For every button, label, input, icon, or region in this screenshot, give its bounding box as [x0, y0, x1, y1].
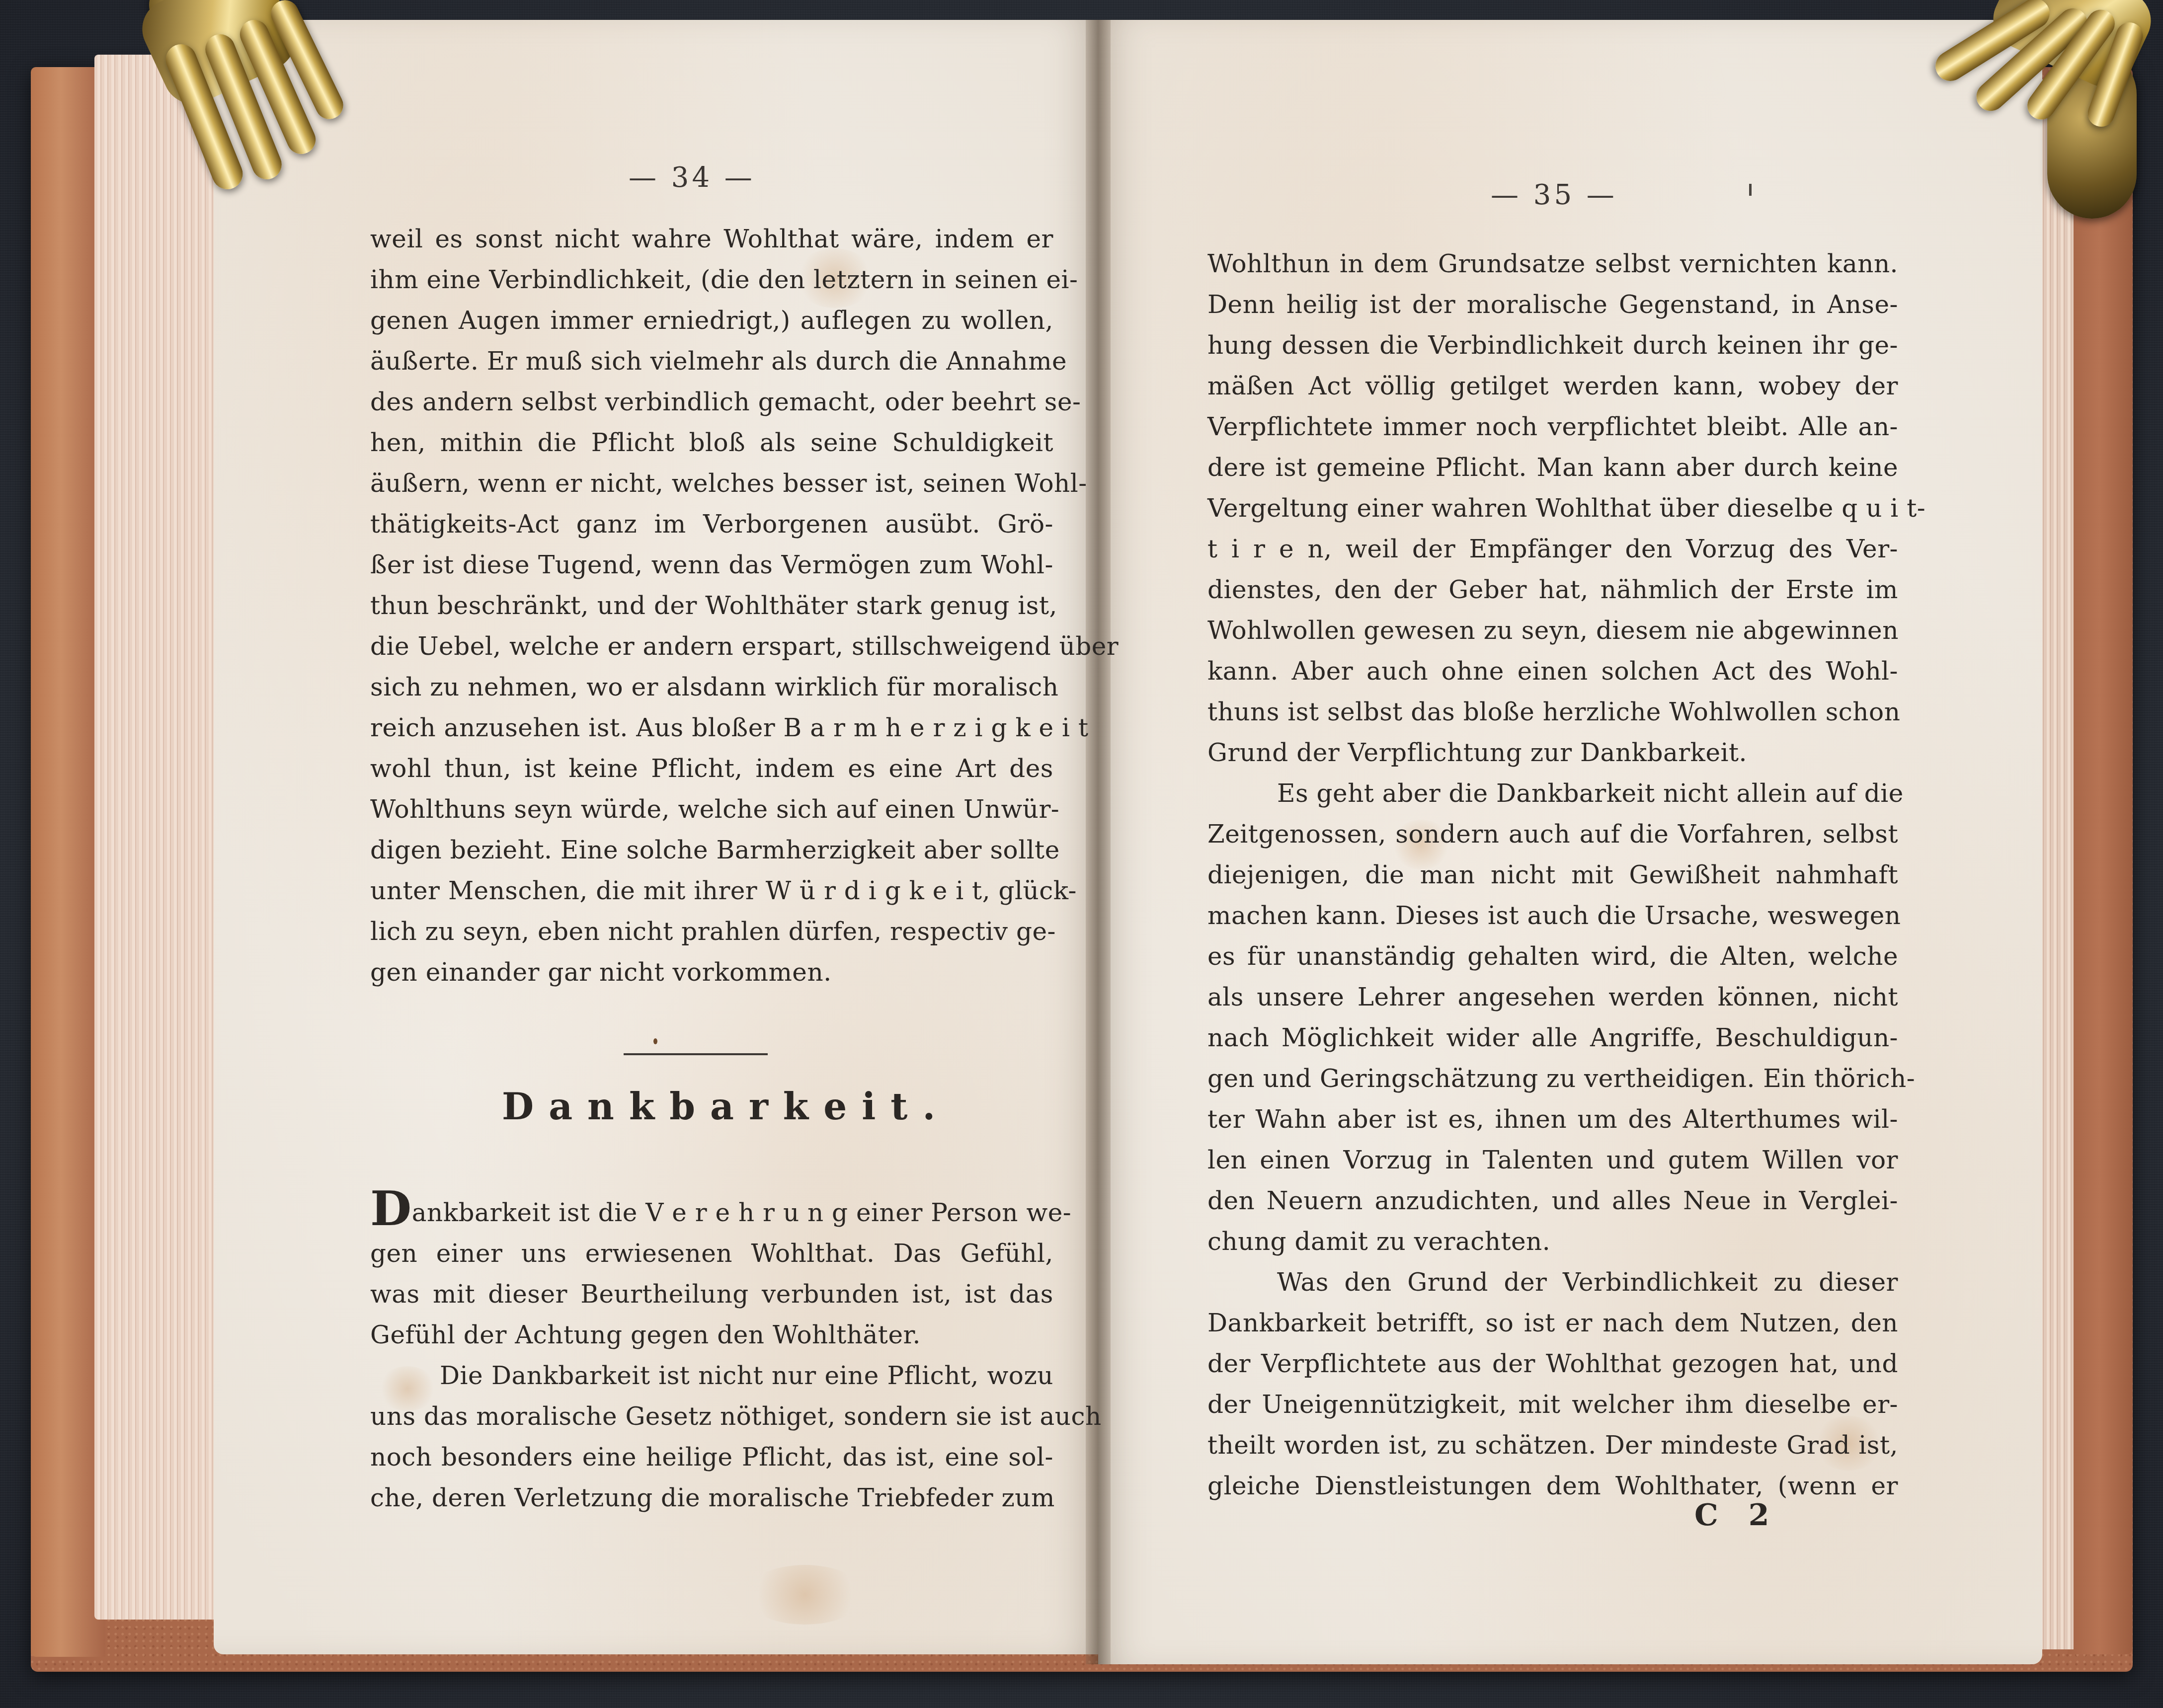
text-line: reich anzusehen ist. Aus bloßer B a r m …	[370, 707, 1053, 748]
text-line: Was den Grund der Verbindlichkeit zu die…	[1207, 1262, 1898, 1303]
text-line: es für unanständig gehalten wird, die Al…	[1207, 936, 1898, 977]
text-line: Wohlthun in dem Grundsatze selbst vernic…	[1207, 243, 1898, 284]
text-line: Grund der Verpflichtung zur Dankbarkeit.	[1207, 732, 1898, 773]
text-line: Verpflichtete immer noch verpflichtet bl…	[1207, 406, 1898, 447]
text-line: ihm eine Verbindlichkeit, (die den letzt…	[370, 259, 1053, 300]
text-line: gen einander gar nicht vorkommen.	[370, 952, 1053, 993]
text-line: noch besonders eine heilige Pflicht, das…	[370, 1437, 1053, 1477]
text-line: Gefühl der Achtung gegen den Wohlthäter.	[370, 1315, 1053, 1355]
text-line: hung dessen die Verbindlichkeit durch ke…	[1207, 325, 1898, 366]
text-line: thätigkeits-Act ganz im Verborgenen ausü…	[370, 504, 1053, 544]
printer-mark	[1749, 184, 1752, 196]
page-number-right: — 35 —	[1491, 179, 1617, 211]
text-line: thuns ist selbst das bloße herzliche Woh…	[1207, 692, 1898, 732]
text-line: hen, mithin die Pflicht bloß als seine S…	[370, 422, 1053, 463]
text-line: nach Möglichkeit wider alle Angriffe, Be…	[1207, 1017, 1898, 1058]
text-line: des andern selbst verbindlich gemacht, o…	[370, 382, 1053, 422]
text-line: ter Wahn aber ist es, ihnen um des Alter…	[1207, 1099, 1898, 1140]
text-line: die Uebel, welche er andern erspart, sti…	[370, 626, 1053, 667]
text-line: diejenigen, die man nicht mit Gewißheit …	[1207, 854, 1898, 895]
text-line: der Uneigennützigkeit, mit welcher ihm d…	[1207, 1384, 1898, 1425]
text-line: Dankbarkeit ist die V e r e h r u n g ei…	[370, 1192, 1053, 1233]
cover-right-edge	[2068, 189, 2132, 1654]
text-line: was mit dieser Beurtheilung verbunden is…	[370, 1274, 1053, 1315]
text-line: t i r e n, weil der Empfänger den Vorzug…	[1207, 529, 1898, 569]
text-line: als unsere Lehrer angesehen werden könne…	[1207, 977, 1898, 1017]
divider-ornament	[653, 1038, 657, 1044]
text-line-rest: ankbarkeit ist die V e r e h r u n g ein…	[412, 1198, 1071, 1227]
text-line: unter Menschen, die mit ihrer W ü r d i …	[370, 870, 1053, 911]
text-line: thun beschränkt, und der Wohlthäter star…	[370, 585, 1053, 626]
text-line: digen bezieht. Eine solche Barmherzigkei…	[370, 830, 1053, 870]
section-divider-rule	[624, 1053, 768, 1055]
text-line: äußern, wenn er nicht, welches besser is…	[370, 463, 1053, 504]
text-line: dere ist gemeine Pflicht. Man kann aber …	[1207, 447, 1898, 488]
text-line: Wohlwollen gewesen zu seyn, diesem nie a…	[1207, 610, 1898, 651]
text-line: Denn heilig ist der moralische Gegenstan…	[1207, 284, 1898, 325]
text-line: machen kann. Dieses ist auch die Ursache…	[1207, 895, 1898, 936]
text-line: Zeitgenossen, sondern auch auf die Vorfa…	[1207, 814, 1898, 854]
foxing-stain	[745, 1565, 865, 1625]
right-text-column: Wohlthun in dem Grundsatze selbst vernic…	[1207, 243, 1898, 1506]
text-line: theilt worden ist, zu schätzen. Der mind…	[1207, 1425, 1898, 1466]
page-block-left	[94, 55, 224, 1620]
section-heading: Dankbarkeit.	[502, 1086, 899, 1128]
text-line: den Neuern anzudichten, und alles Neue i…	[1207, 1180, 1898, 1221]
text-line: lich zu seyn, eben nicht prahlen dürfen,…	[370, 911, 1053, 952]
text-line: der Verpflichtete aus der Wohlthat gezog…	[1207, 1343, 1898, 1384]
text-line: sich zu nehmen, wo er alsdann wirklich f…	[370, 667, 1053, 707]
text-line: ßer ist diese Tugend, wenn das Vermögen …	[370, 544, 1053, 585]
text-line: dienstes, den der Geber hat, nähmlich de…	[1207, 569, 1898, 610]
text-line: gen und Geringschätzung zu vertheidigen.…	[1207, 1058, 1898, 1099]
text-line: Vergeltung einer wahren Wohlthat über di…	[1207, 488, 1898, 529]
text-line: gen einer uns erwiesenen Wohlthat. Das G…	[370, 1233, 1053, 1274]
signature-mark: C 2	[1694, 1498, 1779, 1533]
text-line: gleiche Dienstleistungen dem Wohlthater,…	[1207, 1466, 1898, 1506]
text-line: len einen Vorzug in Talenten und gutem W…	[1207, 1140, 1898, 1180]
left-paragraph-2: Dankbarkeit ist die V e r e h r u n g ei…	[370, 1192, 1053, 1518]
text-line: che, deren Verletzung die moralische Tri…	[370, 1477, 1053, 1518]
text-line: Die Dankbarkeit ist nicht nur eine Pflic…	[370, 1355, 1053, 1396]
text-line: äußerte. Er muß sich vielmehr als durch …	[370, 341, 1053, 382]
text-line: genen Augen immer erniedrigt,) auflegen …	[370, 300, 1053, 341]
text-line: wohl thun, ist keine Pflicht, indem es e…	[370, 748, 1053, 789]
left-paragraph-1: weil es sonst nicht wahre Wohlthat wäre,…	[370, 219, 1053, 993]
text-line: weil es sonst nicht wahre Wohlthat wäre,…	[370, 219, 1053, 259]
text-line: chung damit zu verachten.	[1207, 1221, 1898, 1262]
text-line: mäßen Act völlig getilget werden kann, w…	[1207, 366, 1898, 406]
drop-cap: D	[370, 1180, 412, 1237]
text-line: Wohlthuns seyn würde, welche sich auf ei…	[370, 789, 1053, 830]
text-line: Es geht aber die Dankbarkeit nicht allei…	[1207, 773, 1898, 814]
text-line: uns das moralische Gesetz nöthiget, sond…	[370, 1396, 1053, 1437]
page-number-left: — 34 —	[629, 161, 755, 194]
text-line: Dankbarkeit betrifft, so ist er nach dem…	[1207, 1303, 1898, 1343]
text-line: kann. Aber auch ohne einen solchen Act d…	[1207, 651, 1898, 692]
